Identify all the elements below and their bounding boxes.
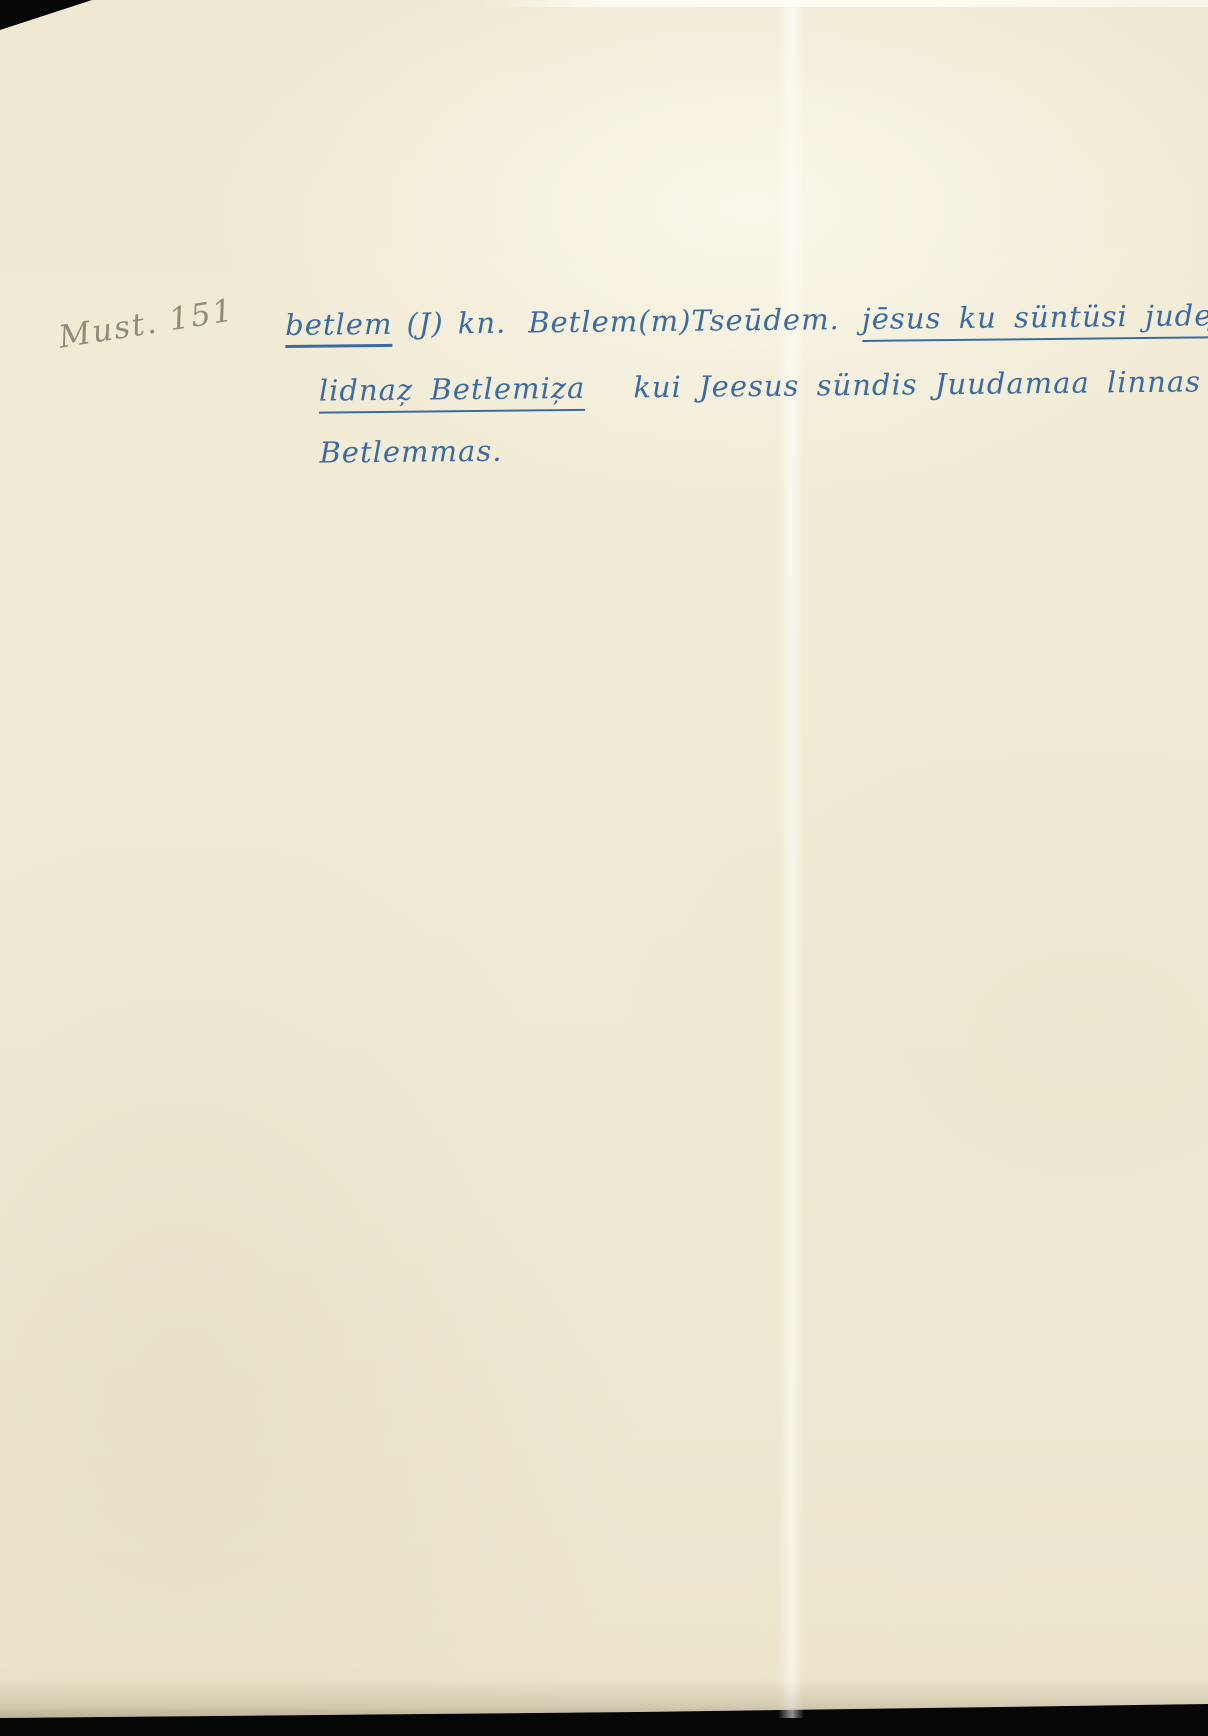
scan-edge-highlight	[480, 0, 1208, 7]
headword: betlem	[285, 307, 393, 348]
entry-line-3: Betlemmas.	[319, 434, 502, 470]
source-mark: (J)	[406, 306, 444, 340]
livonian-phrase-line2: lidnaz̦ Betlemiz̦a	[319, 371, 586, 414]
paper-bottom-shadow	[0, 1680, 1208, 1718]
paper-sheet	[0, 0, 1208, 1736]
variant-form: Betlem(m)Tseūdem.	[528, 302, 840, 339]
estonian-gloss-line2: kui Jeesus sündis Juudamaa linnas	[633, 364, 1201, 404]
livonian-phrase-line1: jēsus ku süntüsi judejan	[862, 298, 1208, 342]
abbreviation: kn.	[458, 306, 507, 341]
scanned-page: Must. 151 betlem(J)kn.Betlem(m)Tseūdem.j…	[0, 0, 1208, 1736]
scan-light-band	[778, 0, 804, 1718]
estonian-gloss-line3: Betlemmas.	[319, 434, 502, 470]
